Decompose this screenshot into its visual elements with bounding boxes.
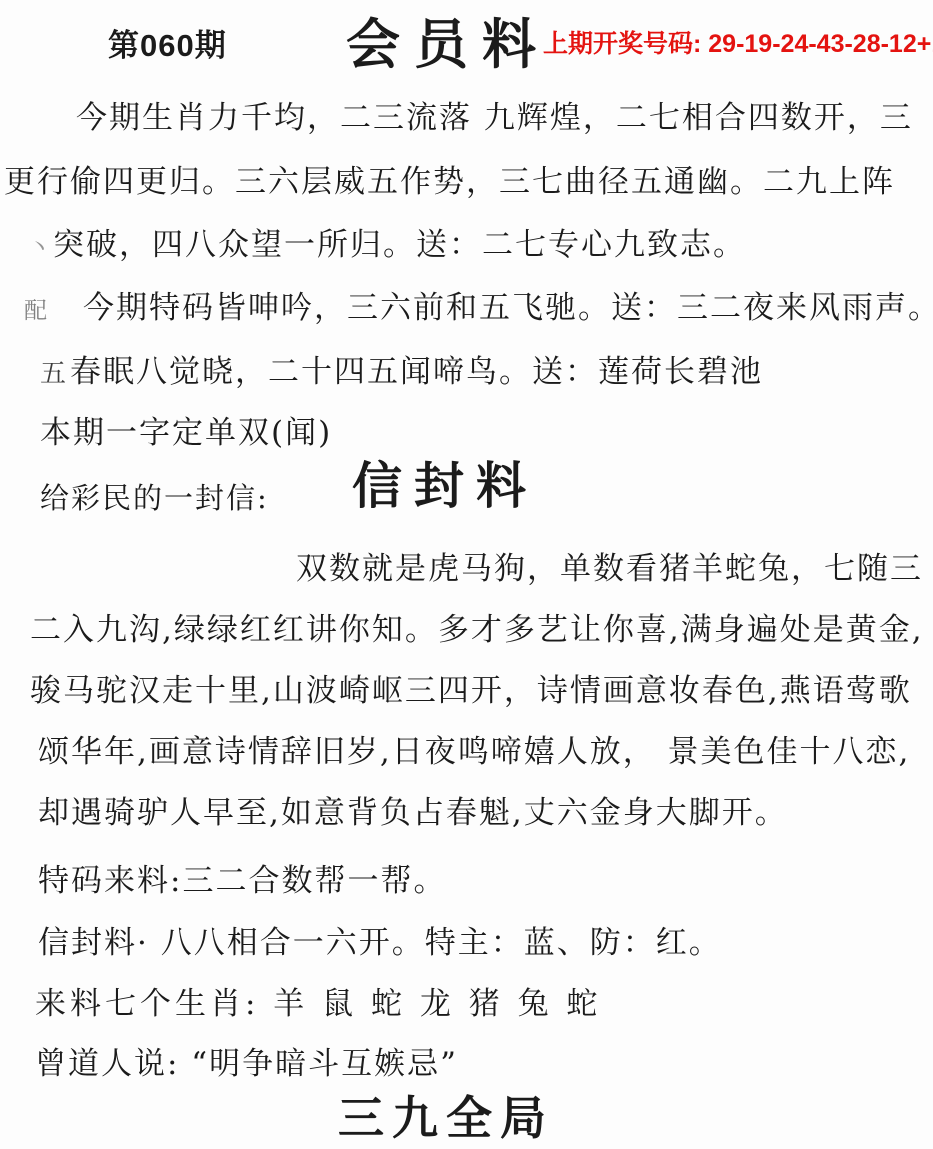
letter-to-punters-label: 给彩民的一封信: <box>40 476 269 517</box>
zengdaoren-quote-line: 曾道人说: “明争暗斗互嫉忌” <box>35 1038 458 1083</box>
special-code-tip-line: 特码来料:三二合数帮一帮。 <box>38 855 446 900</box>
single-double-hint-line: 本期一字定单双(闻) <box>40 407 332 452</box>
seven-zodiac-line: 来料七个生肖: 羊 鼠 蛇 龙 猪 兔 蛇 <box>35 978 601 1023</box>
member-line-4: 配今期特码皆呻吟，三六前和五飞驰。送：三二夜来风雨声。 <box>24 282 933 327</box>
envelope-line-2-text: 二入九沟,绿绿红红讲你知。多才多艺让你喜,满身遍处是黄金, <box>30 612 924 648</box>
envelope-section-heading: 信封料 <box>352 446 538 518</box>
member-line-2: 更行偷四更归。三六层威五作势，三七曲径五通幽。二九上阵 <box>4 156 895 201</box>
member-line-5: 五春眠八觉晓，二十四五闻啼鸟。送：莲荷长碧池 <box>40 346 763 391</box>
zengdaoren-quote-text: 曾道人说: “明争暗斗互嫉忌” <box>35 1046 458 1082</box>
footer-slogan: 三九全局 <box>338 1082 554 1148</box>
envelope-line-5-text: 却遇骑驴人早至,如意背负占春魁,丈六金身大脚开。 <box>38 795 788 831</box>
envelope-line-3-text: 骏马驼汉走十里,山波崎岖三四开，诗情画意妆春色,燕语莺歌 <box>30 673 912 709</box>
member-line-2-text: 更行偷四更归。三六层威五作势，三七曲径五通幽。二九上阵 <box>4 164 895 200</box>
page-title: 会员料 <box>346 2 550 79</box>
envelope-tip-text: 信封料· 八八相合一六开。特主：蓝、防：红。 <box>38 925 722 961</box>
member-line-1-text: 今期生肖力千均，二三流落 九辉煌，二七相合四数开，三 <box>76 100 913 136</box>
issue-number: 第060期 <box>108 20 227 65</box>
special-code-tip-text: 特码来料:三二合数帮一帮。 <box>38 863 446 899</box>
envelope-line-5: 却遇骑驴人早至,如意背负占春魁,丈六金身大脚开。 <box>38 787 788 832</box>
envelope-line-3: 骏马驼汉走十里,山波崎岖三四开，诗情画意妆春色,燕语莺歌 <box>30 665 912 710</box>
lottery-tip-sheet: 第060期 会员料 上期开奖号码: 29-19-24-43-28-12+10 今… <box>0 0 933 1149</box>
member-line-3: 丶突破，四八众望一所归。送：二七专心九致志。 <box>28 219 746 264</box>
member-line-1: 今期生肖力千均，二三流落 九辉煌，二七相合四数开，三 <box>76 92 913 137</box>
seven-zodiac-text: 来料七个生肖: 羊 鼠 蛇 龙 猪 兔 蛇 <box>35 986 601 1022</box>
envelope-line-1: 双数就是虎马狗，单数看猪羊蛇兔，七随三 <box>296 543 923 588</box>
member-line-5-lead: 五 <box>40 359 68 389</box>
envelope-line-4-text: 颂华年,画意诗情辞旧岁,日夜鸣啼嬉人放， 景美色佳十八恋, <box>38 734 910 770</box>
member-line-4-text: 今期特码皆呻吟，三六前和五飞驰。送：三二夜来风雨声。 <box>83 290 933 326</box>
envelope-line-1-text: 双数就是虎马狗，单数看猪羊蛇兔，七随三 <box>296 551 923 587</box>
member-line-5-text: 春眠八觉晓，二十四五闻啼鸟。送：莲荷长碧池 <box>70 354 763 390</box>
single-double-hint-text: 本期一字定单双(闻) <box>40 415 332 451</box>
envelope-line-2: 二入九沟,绿绿红红讲你知。多才多艺让你喜,满身遍处是黄金, <box>30 604 924 649</box>
previous-draw-numbers: 上期开奖号码: 29-19-24-43-28-12+10 <box>543 24 933 60</box>
envelope-line-4: 颂华年,画意诗情辞旧岁,日夜鸣啼嬉人放， 景美色佳十八恋, <box>38 726 910 771</box>
member-line-3-text: 突破，四八众望一所归。送：二七专心九致志。 <box>53 227 746 263</box>
member-line-3-faint-lead: 丶 <box>28 235 53 261</box>
member-line-4-faint-lead: 配 <box>24 298 49 324</box>
envelope-tip-line: 信封料· 八八相合一六开。特主：蓝、防：红。 <box>38 917 722 962</box>
